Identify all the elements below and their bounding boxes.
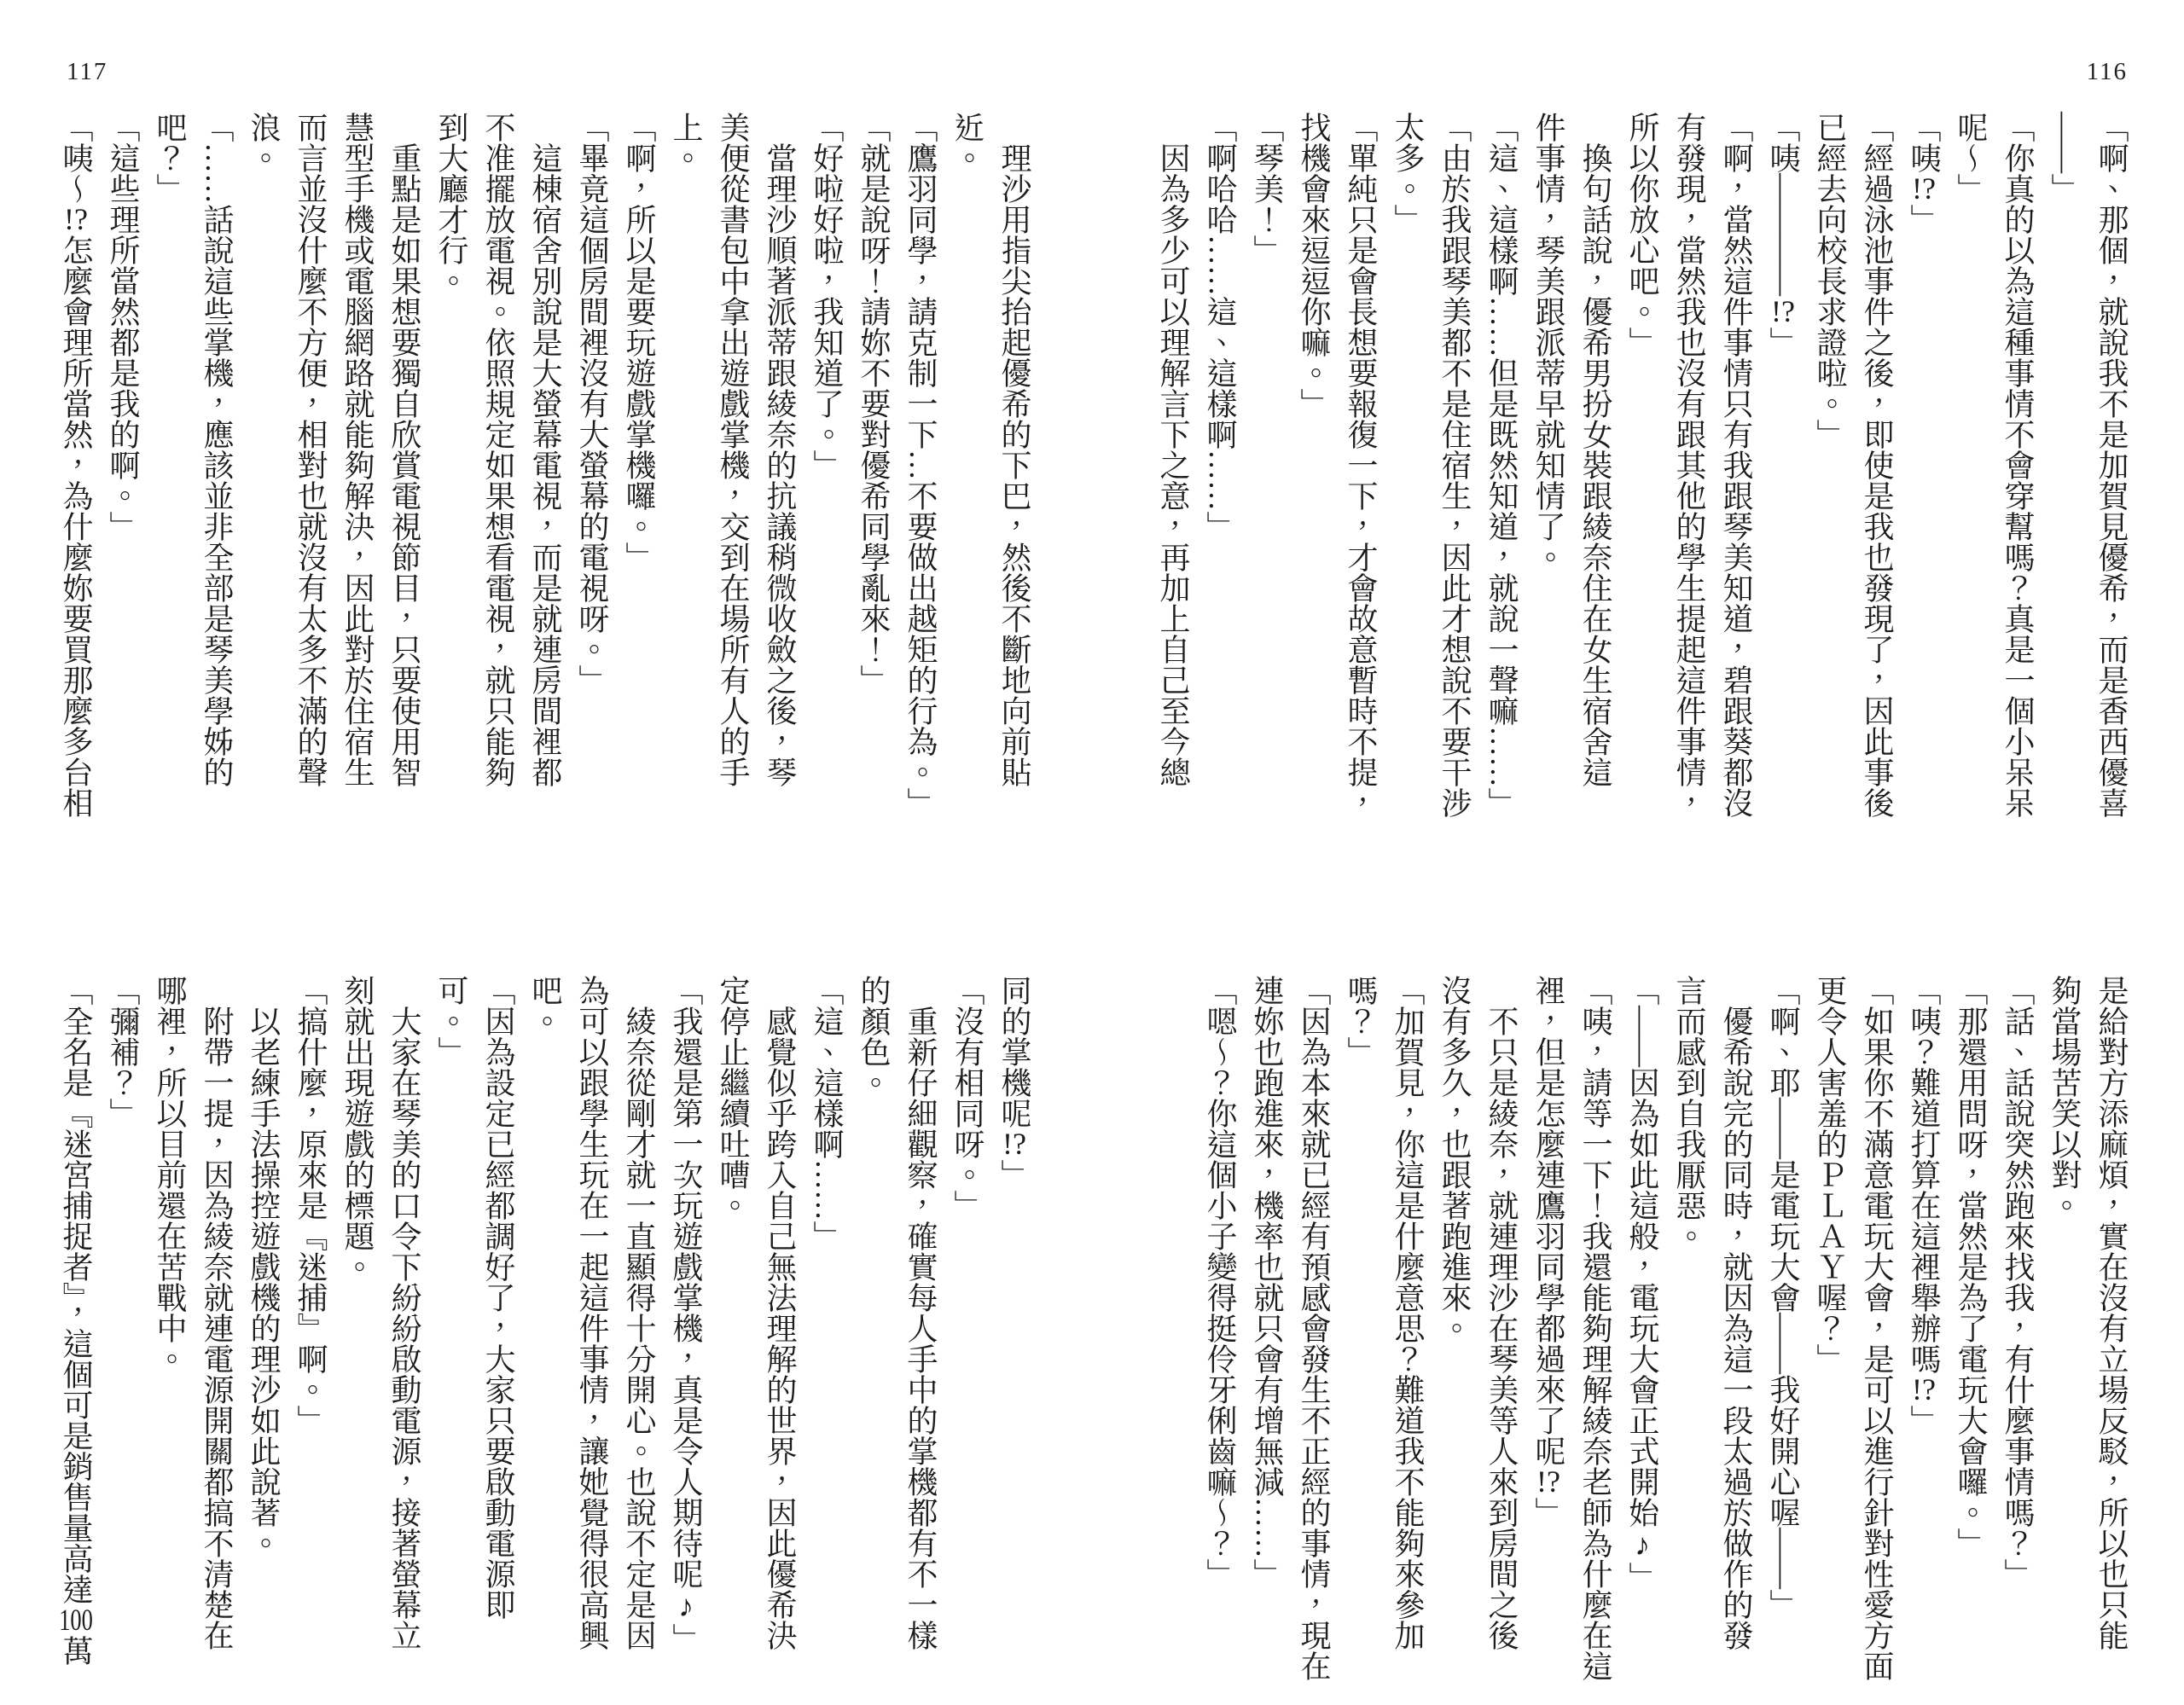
text-column: 「經過泳池事件之後，即使是我也發現了，因此事後 [1853,112,1900,838]
text-column: 「鷹羽同學，請克制一下…不要做出越矩的行為。」 [897,112,944,838]
text-column: 而言並沒什麼不方便，相對也就沒有太多不滿的聲 [287,112,334,838]
text-column: 呢～」 [1947,112,1994,838]
tcy-run: !? [1907,1374,1941,1405]
text-column: 「啊，所以是要玩遊戲掌機囉。」 [615,112,662,838]
text-column: ——」 [2041,112,2088,838]
text-column: 「啊哈哈……這、這樣啊……」 [1196,112,1243,838]
text-column: 不准擺放電視。依照規定如果想看電視，就只能夠 [474,112,521,838]
text-column: 吧？」 [146,112,193,838]
text-column: 感覺似乎跨入自己無法理解的世界，因此優希決 [756,975,803,1702]
text-column: 「全名是『迷宮捕捉者』，這個可是銷售量高達100萬 [52,975,99,1702]
text-column: 以老練手法操控遊戲機的理沙如此說著。 [240,975,287,1702]
text-column: 定停止繼續吐嘈。 [709,975,756,1702]
page-117-top-text-block: 理沙用指尖抬起優希的下巴，然後不斷地向前貼近。「鷹羽同學，請克制一下…不要做出越… [46,112,1037,838]
tcy-run: !? [59,204,93,235]
text-column: 「單純只是會長想要報復一下，才會故意暫時不提， [1337,112,1384,838]
text-column: 「我還是第一次玩遊戲掌機，真是令人期待呢♪」 [662,975,709,1702]
page-117: 117 理沙用指尖抬起優希的下巴，然後不斷地向前貼近。「鷹羽同學，請克制一下…不… [0,0,1092,1705]
text-column: 慧型手機或電腦網路就能夠解決，因此對於住宿生 [334,112,380,838]
text-column: 有發現，當然我也沒有跟其他的學生提起這件事情， [1665,112,1712,838]
page-number-116: 116 [2087,58,2128,86]
text-column: 「搞什麼，原來是『迷捕』啊。」 [287,975,334,1702]
text-column: 所以你放心吧。」 [1618,112,1665,838]
text-column: 「你真的以為這種事情不會穿幫嗎？真是一個小呆呆 [1994,112,2041,838]
text-column: 上。 [662,112,709,838]
text-column: 夠當場苦笑以對。 [2041,975,2088,1702]
text-column: 「彌補？」 [99,975,146,1702]
book-spread: 117 理沙用指尖抬起優希的下巴，然後不斷地向前貼近。「鷹羽同學，請克制一下…不… [0,0,2184,1705]
text-column: 同的掌機呢!?」 [990,975,1037,1702]
text-column: 「這些理所當然都是我的啊。」 [99,112,146,838]
text-column: 連妳也跑進來，機率也就只會有增無減……」 [1243,975,1290,1702]
text-column: 「咦？難道打算在這裡舉辦嗎!?」 [1900,975,1947,1702]
text-column: 綾奈從剛才就一直顯得十分開心。也說不定是因 [615,975,662,1702]
text-column: 「——因為如此這般，電玩大會正式開始♪」 [1618,975,1665,1702]
text-column: 「這、這樣啊……」 [803,975,850,1702]
text-column: 可。」 [427,975,474,1702]
text-column: 「沒有相同呀。」 [944,975,990,1702]
text-column: 已經去向校長求證啦。」 [1806,112,1853,838]
text-column: 這棟宿舍別說是大螢幕電視，而是就連房間裡都 [521,112,568,838]
text-column: 「咦～!?怎麼會理所當然，為什麼妳要買那麼多台相 [52,112,99,838]
text-column: 「因為設定已經都調好了，大家只要啟動電源即 [474,975,521,1702]
text-column: 是給對方添麻煩，實在沒有立場反駁，所以也只能 [2088,975,2135,1702]
text-column: 浪。 [240,112,287,838]
text-column: 到大廳才行。 [427,112,474,838]
note-glyph: ♪ [1625,1528,1659,1562]
text-column: 找機會來逗逗你嘛。」 [1290,112,1337,838]
tcy-run: 100 [59,1604,93,1635]
text-column: 因為多少可以理解言下之意，再加上自己至今總 [1149,112,1196,838]
text-column: 「話、話說突然跑來找我，有什麼事情嗎？」 [1994,975,2041,1702]
text-column: 「好啦好啦，我知道了。」 [803,112,850,838]
page-116-bottom-text-block: 是給對方添麻煩，實在沒有立場反駁，所以也只能夠當場苦笑以對。「話、話說突然跑來找… [1143,975,2135,1702]
text-column: 「琴美！」 [1243,112,1290,838]
text-column: 附帶一提，因為綾奈就連電源開關都搞不清楚在 [193,975,240,1702]
text-column: 優希說完的同時，就因為這一段太過於做作的發 [1712,975,1759,1702]
tcy-run: !? [997,1128,1031,1159]
text-column: 「嗯～？你這個小子變得挺伶牙俐齒嘛～？」 [1196,975,1243,1702]
text-column: 哪裡，所以目前還在苦戰中。 [146,975,193,1702]
text-column: 重新仔細觀察，確實每人手中的掌機都有不一樣 [897,975,944,1702]
page-116: 116 「啊、那個，就說我不是加賀見優希，而是香西優喜——」「你真的以為這種事情… [1092,0,2184,1705]
text-column: 太多。」 [1384,112,1431,838]
tcy-run: !? [1766,296,1800,327]
text-column: 更令人害羞的ＰＬＡＹ喔？」 [1806,975,1853,1702]
text-column: 為可以跟學生玩在一起這件事情，讓她覺得很高興 [568,975,615,1702]
text-column: 「由於我跟琴美都不是住宿生，因此才想說不要干涉 [1431,112,1478,838]
text-column: 「啊、那個，就說我不是加賀見優希，而是香西優喜 [2088,112,2135,838]
text-column: 「加賀見，你這是什麼意思？難道我不能夠來參加 [1384,975,1431,1702]
text-column: 「啊，當然這件事情只有我跟琴美知道，碧跟葵都沒 [1712,112,1759,838]
text-column: 大家在琴美的口令下紛紛啟動電源，接著螢幕立 [380,975,427,1702]
text-column: 「……話說這些掌機，應該並非全部是琴美學姊的 [193,112,240,838]
note-glyph: ♪ [669,1589,703,1623]
page-number-117: 117 [67,58,107,86]
text-column: 「畢竟這個房間裡沒有大螢幕的電視呀。」 [568,112,615,838]
text-column: 言而感到自我厭惡。 [1665,975,1712,1702]
text-column: 重點是如果想要獨自欣賞電視節目，只要使用智 [380,112,427,838]
text-column: 沒有多久，也跟著跑進來。 [1431,975,1478,1702]
text-column: 裡，但是怎麼連鷹羽同學都過來了呢!?」 [1525,975,1571,1702]
text-column: 「這、這樣啊……但是既然知道，就說一聲嘛……」 [1478,112,1525,838]
text-column: 「那還用問呀，當然是為了電玩大會囉。」 [1947,975,1994,1702]
text-column: 嗎？」 [1337,975,1384,1702]
tcy-run: !? [1907,173,1941,204]
text-column: 「咦，請等一下！我還能夠理解綾奈老師為什麼在這 [1571,975,1618,1702]
text-column: 的顏色。 [850,975,897,1702]
text-column: 理沙用指尖抬起優希的下巴，然後不斷地向前貼 [990,112,1037,838]
text-column: 當理沙順著派蒂跟綾奈的抗議稍微收斂之後，琴 [756,112,803,838]
text-column: 「如果你不滿意電玩大會，是可以進行針對性愛方面 [1853,975,1900,1702]
text-column: 吧。 [521,975,568,1702]
text-column: 美便從書包中拿出遊戲掌機，交到在場所有人的手 [709,112,756,838]
page-116-top-text-block: 「啊、那個，就說我不是加賀見優希，而是香西優喜——」「你真的以為這種事情不會穿幫… [1143,112,2135,838]
text-column: 刻就出現遊戲的標題。 [334,975,380,1702]
tcy-run: !? [1531,1466,1565,1497]
text-column: 不只是綾奈，就連理沙在琴美等人來到房間之後 [1478,975,1525,1702]
text-column: 「咦!?」 [1900,112,1947,838]
text-column: 換句話說，優希男扮女裝跟綾奈住在女生宿舍這 [1571,112,1618,838]
text-column: 件事情，琴美跟派蒂早就知情了。 [1525,112,1571,838]
text-column: 「因為本來就已經有預感會發生不正經的事情，現在 [1290,975,1337,1702]
text-column: 「啊、耶——是電玩大會——我好開心喔——」 [1759,975,1806,1702]
text-column: 「咦————!?」 [1759,112,1806,838]
text-column: 「就是說呀！請妳不要對優希同學亂來！」 [850,112,897,838]
page-117-bottom-text-block: 同的掌機呢!?」「沒有相同呀。」 重新仔細觀察，確實每人手中的掌機都有不一樣的顏… [46,975,1037,1702]
text-column: 近。 [944,112,990,838]
